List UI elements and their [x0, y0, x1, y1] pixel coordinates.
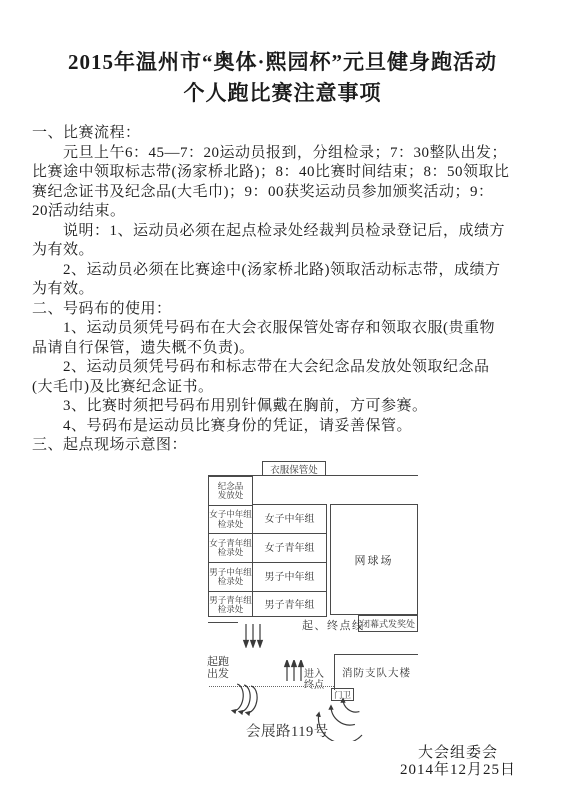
road-name-label: 会展路119号 [246, 720, 329, 741]
group-area-women-middle: 女子中年组 [265, 514, 315, 525]
group-area-column: 女子中年组 女子青年组 男子中年组 男子青年组 [253, 504, 327, 617]
checkin-box-women-youth: 女子青年组 检录处 [209, 539, 252, 558]
souvenir-distribution-box: 纪念品 发放处 [218, 482, 244, 501]
group-area-women-youth: 女子青年组 [265, 543, 315, 554]
clothes-storage-box: 衣服保管处 [262, 461, 326, 476]
organizing-committee-signature: 大会组委会 2014年12月25日 [378, 745, 538, 778]
diagram-start-area: 衣服保管处 纪念品 发放处 女子中年组 检录处 女子青年组 检录处 男子中年组 … [0, 0, 565, 800]
tennis-court-label: 网球场 [355, 552, 394, 568]
checkin-box-women-middle: 女子中年组 检录处 [209, 510, 252, 529]
award-ceremony-label: 闭幕式发奖处 [361, 617, 415, 630]
fire-brigade-building-label: 消防支队大楼 [342, 665, 411, 680]
checkin-box-men-middle: 男子中年组 检录处 [209, 568, 252, 587]
award-ceremony-box: 闭幕式发奖处 [358, 615, 418, 632]
checkin-left-column: 纪念品 发放处 女子中年组 检录处 女子青年组 检录处 男子中年组 检录处 男子… [208, 476, 253, 617]
document-page: 2015年温州市“奥体·熙园杯”元旦健身跑活动 个人跑比赛注意事项 一、比赛流程… [0, 0, 565, 800]
start-finish-line-label: 起、终点线 [302, 620, 365, 632]
tennis-court-box: 网球场 [330, 504, 418, 615]
start-direction-arrows-icon [242, 624, 266, 648]
group-area-men-middle: 男子中年组 [265, 572, 315, 583]
start-run-label: 起跑 出发 [207, 644, 229, 680]
fire-brigade-building-box: 消防支队大楼 [334, 654, 418, 690]
group-area-men-youth: 男子青年组 [265, 600, 315, 611]
clothes-storage-label: 衣服保管处 [270, 462, 318, 476]
route-curve-arrows-left-icon [225, 681, 261, 719]
enter-finish-arrows-icon [283, 660, 305, 682]
checkin-box-men-youth: 男子青年组 检录处 [209, 596, 252, 615]
start-line-segment [208, 622, 238, 623]
